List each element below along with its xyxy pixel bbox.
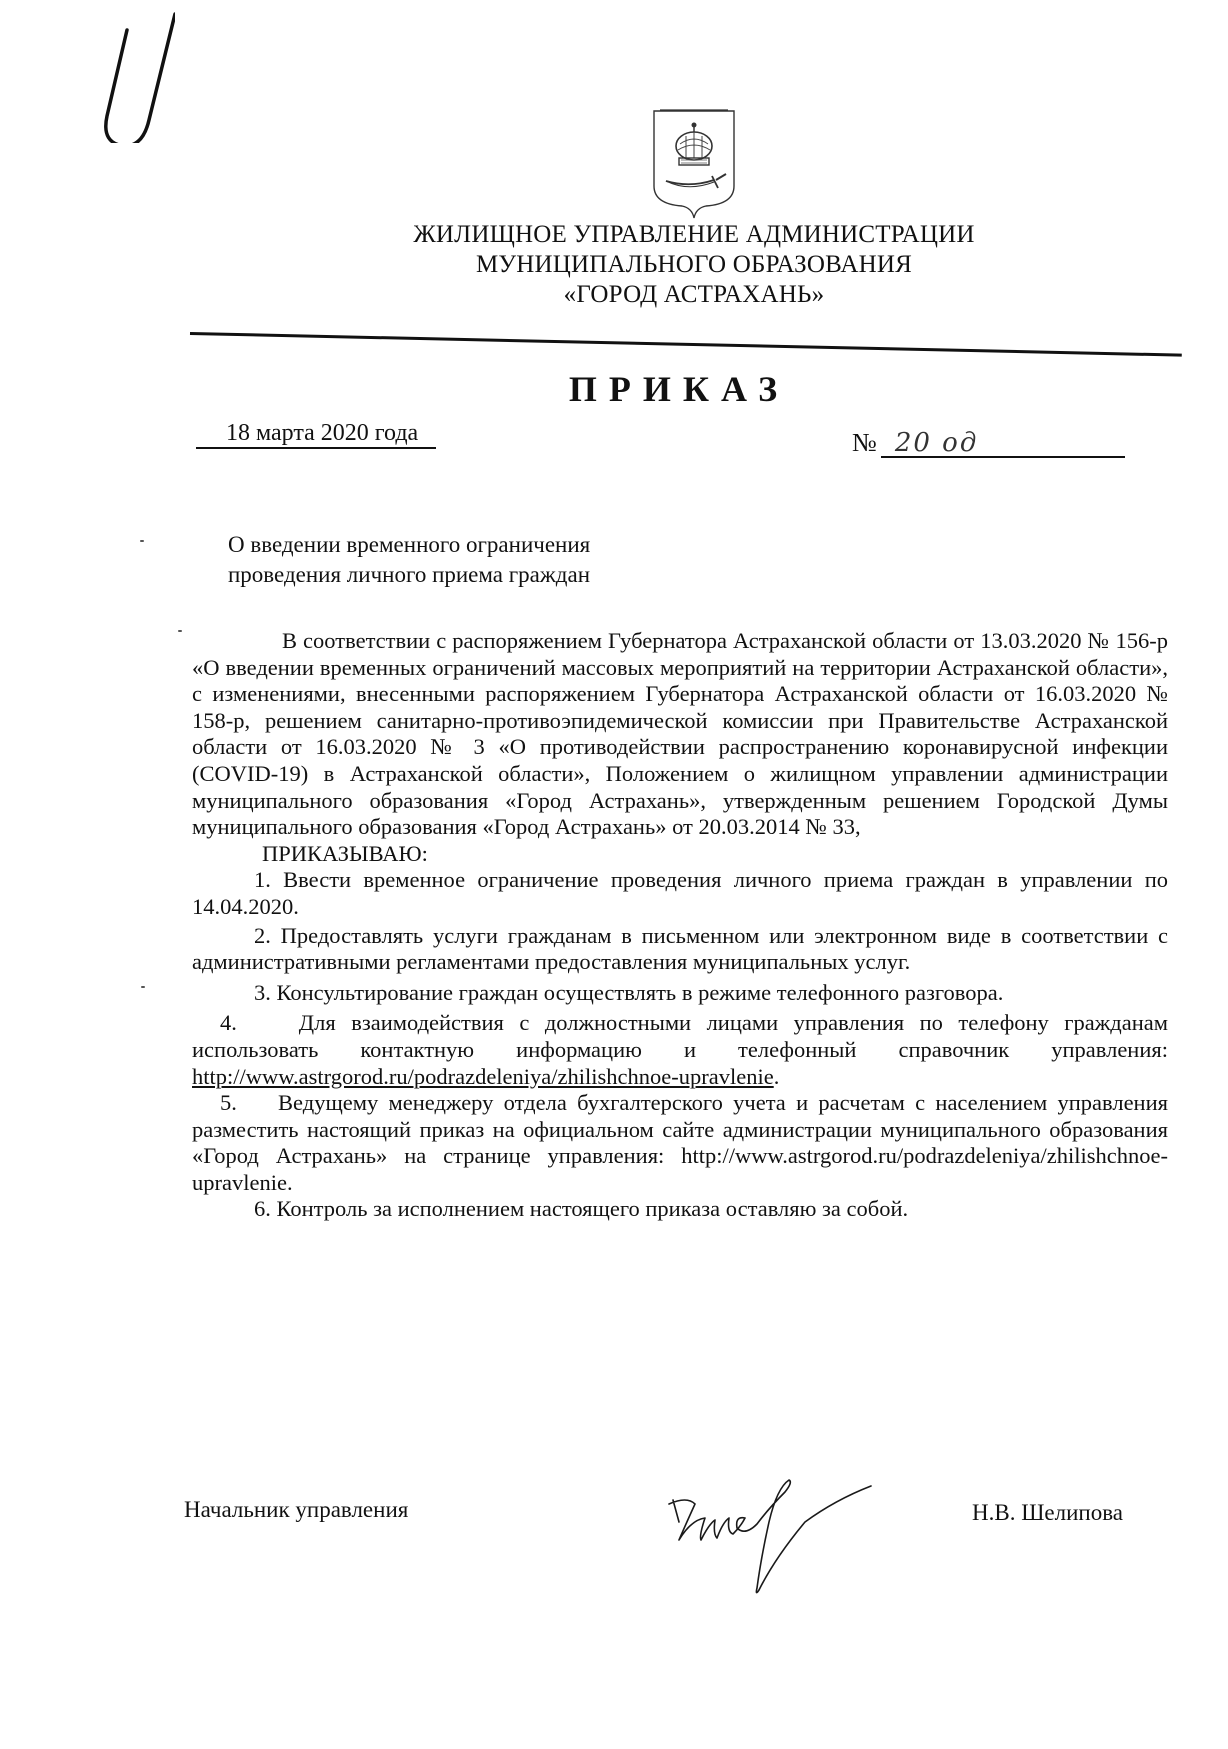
document-subject: О введении временного ограничения провед… — [228, 530, 590, 590]
scan-speck — [140, 540, 144, 542]
order-item-5: 5. Ведущему менеджеру отдела бухгалтерск… — [192, 1090, 1168, 1196]
subject-line-2: проведения личного приема граждан — [228, 560, 590, 590]
paperclip-icon — [95, 8, 175, 143]
coat-of-arms-icon — [650, 108, 738, 220]
document-number: № 20 од — [852, 428, 1125, 458]
org-line-3: «ГОРОД АСТРАХАНЬ» — [0, 280, 1228, 310]
department-link[interactable]: http://www.astrgorod.ru/podrazdeleniya/z… — [192, 1064, 774, 1089]
organization-name: ЖИЛИЩНОЕ УПРАВЛЕНИЕ АДМИНИСТРАЦИИ МУНИЦИ… — [0, 220, 1228, 310]
item-4-text: 4. Для взаимодействия с должностными лиц… — [192, 1010, 1179, 1062]
org-line-2: МУНИЦИПАЛЬНОГО ОБРАЗОВАНИЯ — [0, 250, 1228, 280]
item-4-suffix: . — [774, 1064, 780, 1089]
scan-speck — [141, 986, 145, 988]
number-sign: № — [852, 428, 877, 458]
preamble-paragraph: В соответствии с распоряжением Губернато… — [192, 628, 1168, 841]
document-date: 18 марта 2020 года — [196, 420, 436, 447]
order-item-3: 3. Консультирование граждан осуществлять… — [192, 980, 1168, 1007]
handwritten-number: 20 од — [881, 430, 1125, 458]
order-item-2: 2. Предоставлять услуги гражданам в пись… — [192, 923, 1168, 976]
order-item-1: 1. Ввести временное ограничение проведен… — [192, 867, 1168, 920]
scan-speck — [178, 630, 182, 632]
document-body: В соответствии с распоряжением Губернато… — [192, 628, 1168, 1223]
date-value: 18 марта 2020 года — [196, 420, 436, 449]
subject-line-1: О введении временного ограничения — [228, 530, 590, 560]
signatory-name: Н.В. Шелипова — [972, 1500, 1123, 1526]
signature-icon — [665, 1478, 890, 1598]
order-word: ПРИКАЗЫВАЮ: — [192, 841, 1168, 868]
document-title: ПРИКАЗ — [0, 368, 1228, 410]
org-line-1: ЖИЛИЩНОЕ УПРАВЛЕНИЕ АДМИНИСТРАЦИИ — [0, 220, 1228, 250]
signatory-role: Начальник управления — [184, 1497, 408, 1523]
header-divider — [190, 332, 1182, 357]
order-item-6: 6. Контроль за исполнением настоящего пр… — [192, 1196, 1168, 1223]
order-item-4: 4. Для взаимодействия с должностными лиц… — [192, 1010, 1168, 1090]
